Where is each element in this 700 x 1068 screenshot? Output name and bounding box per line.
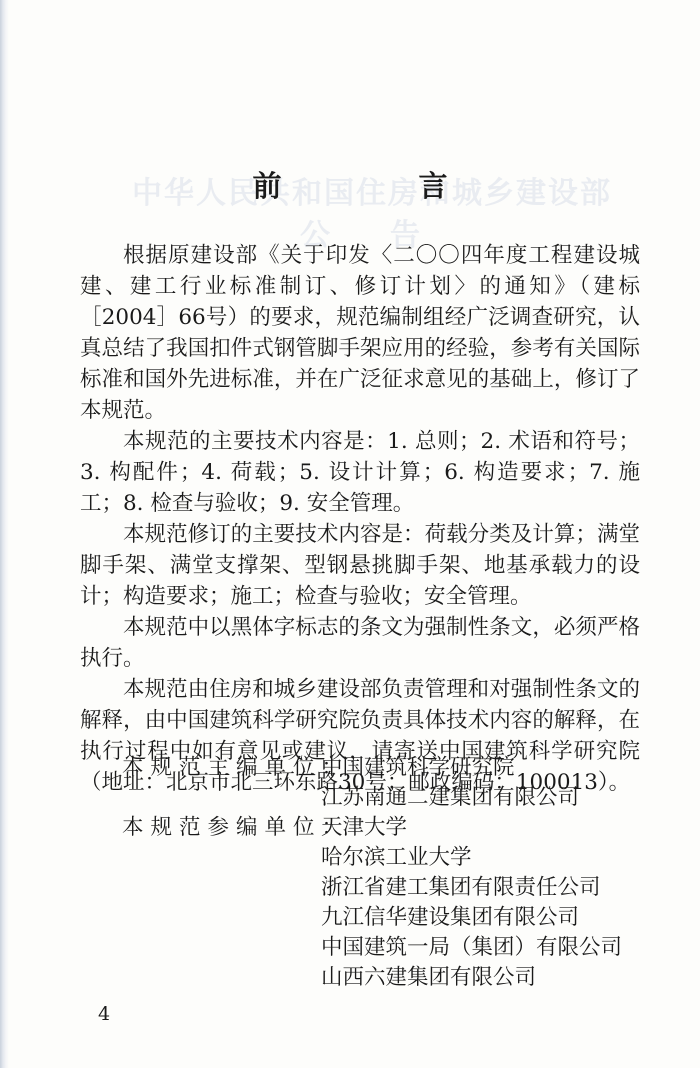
editor-units: 本规范主编单位： 中国建筑科学研究院 江苏南通二建集团有限公司 本规范参编单位：…	[80, 753, 640, 993]
participating-editor-row: 山西六建集团有限公司	[80, 963, 640, 993]
paragraph: 本规范的主要技术内容是：1. 总则；2. 术语和符号；3. 构配件；4. 荷载；…	[80, 426, 640, 519]
participating-editor-row: 本规范参编单位： 天津大学	[80, 813, 640, 843]
participating-editor-label: 本规范参编单位：	[80, 813, 321, 843]
page-spine-edge	[0, 0, 9, 1068]
chief-editor-label: 本规范主编单位：	[80, 753, 321, 783]
participating-editor-unit: 浙江省建工集团有限责任公司	[321, 873, 601, 903]
participating-editor-row: 哈尔滨工业大学	[80, 843, 640, 873]
participating-editor-row: 浙江省建工集团有限责任公司	[80, 873, 640, 903]
participating-editor-unit: 山西六建集团有限公司	[321, 963, 536, 993]
page-number: 4	[98, 1003, 110, 1025]
paragraph: 根据原建设部《关于印发〈二〇〇四年度工程建设城建、建工行业标准制订、修订计划〉的…	[80, 240, 640, 426]
paragraph: 本规范修订的主要技术内容是：荷载分类及计算；满堂脚手架、满堂支撑架、型钢悬挑脚手…	[80, 519, 640, 612]
paragraph: 本规范中以黑体字标志的条文为强制性条文，必须严格执行。	[80, 612, 640, 674]
participating-editor-row: 九江信华建设集团有限公司	[80, 903, 640, 933]
page-title: 前 言	[0, 164, 700, 205]
chief-editor-row: 本规范主编单位： 中国建筑科学研究院	[80, 753, 640, 783]
participating-editor-unit: 哈尔滨工业大学	[321, 843, 472, 873]
participating-editor-unit: 九江信华建设集团有限公司	[321, 903, 579, 933]
chief-editor-unit: 中国建筑科学研究院	[321, 753, 515, 783]
participating-editor-unit: 天津大学	[321, 813, 407, 843]
preface-body: 根据原建设部《关于印发〈二〇〇四年度工程建设城建、建工行业标准制订、修订计划〉的…	[80, 240, 640, 798]
participating-editor-row: 中国建筑一局（集团）有限公司	[80, 933, 640, 963]
chief-editor-unit: 江苏南通二建集团有限公司	[321, 783, 579, 813]
participating-editor-unit: 中国建筑一局（集团）有限公司	[321, 933, 622, 963]
chief-editor-row: 江苏南通二建集团有限公司	[80, 783, 640, 813]
